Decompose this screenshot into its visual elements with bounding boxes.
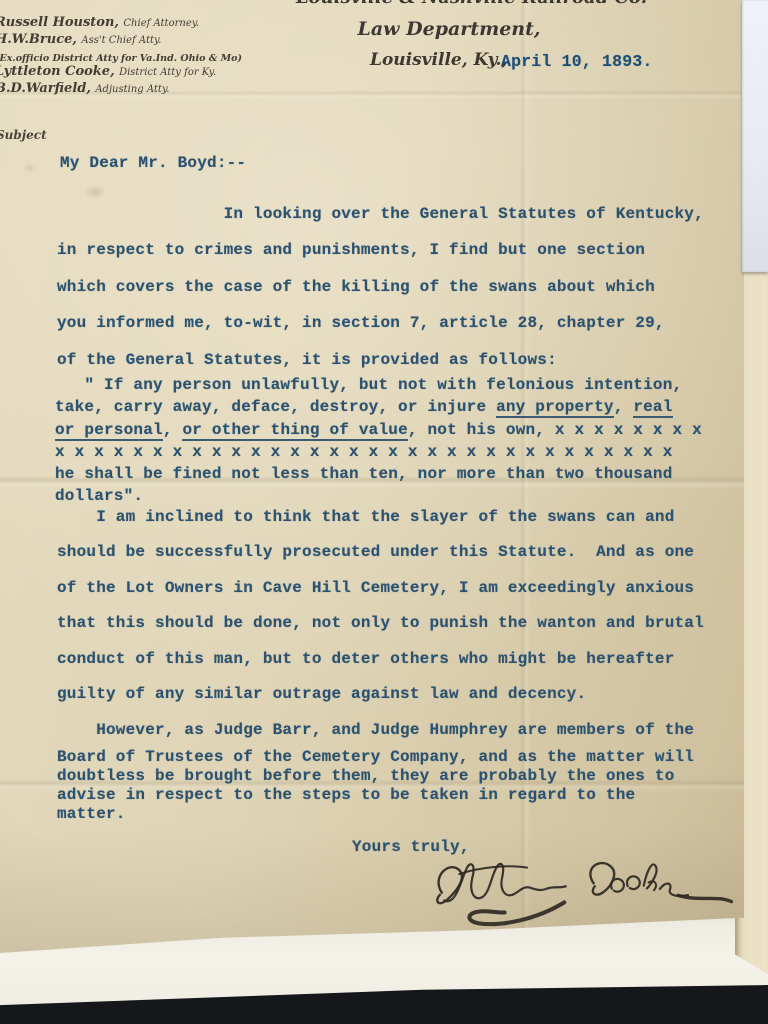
- archive-label-text: Cave Hill Cemetery. Papers, 1848-1963. 1…: [742, 0, 768, 135]
- attorney-title: District Atty for Ky.: [119, 67, 216, 78]
- attorney-name: H.W.Bruce,: [0, 32, 77, 47]
- company-city: Louisville, Ky.,: [370, 50, 480, 70]
- paragraph-4-first-line: However, as Judge Barr, and Judge Humphr…: [57, 712, 694, 748]
- photo-scene: Russell Houston, Chief Attorney. H.W.Bru…: [0, 0, 768, 1024]
- letterhead-attorney-1: Russell Houston, Chief Attorney.: [0, 13, 199, 31]
- letterhead-attorney-4: B.D.Warfield, Adjusting Atty.: [0, 79, 169, 97]
- paragraph-3: I am inclined to think that the slayer o…: [57, 500, 704, 712]
- company-name: Louisville & Nashville Railroad Co.: [296, 0, 616, 8]
- letterhead-attorney-2: H.W.Bruce, Ass't Chief Atty.: [0, 30, 161, 48]
- attorney-title: Ass't Chief Atty.: [81, 35, 161, 46]
- letterhead-attorney-3: Lyttleton Cooke, District Atty for Ky.: [0, 62, 216, 80]
- attorney-name: B.D.Warfield,: [0, 81, 91, 96]
- attorney-name: Lyttleton Cooke,: [0, 64, 115, 79]
- subject-label: Subject: [0, 128, 47, 142]
- attorney-name: Russell Houston,: [0, 15, 119, 30]
- letter-paper: Russell Houston, Chief Attorney. H.W.Bru…: [0, 0, 744, 961]
- archive-label: Cave Hill Cemetery. Papers, 1848-1963. 1…: [742, 0, 768, 272]
- paragraph-1: In looking over the General Statutes of …: [57, 196, 704, 378]
- statute-quote: " If any person unlawfully, but not with…: [55, 374, 702, 508]
- company-department: Law Department,: [299, 18, 599, 40]
- salutation: My Dear Mr. Boyd:--: [60, 154, 246, 172]
- attorney-title: Adjusting Atty.: [95, 84, 169, 95]
- attorney-title: Chief Attorney.: [123, 18, 199, 29]
- paragraph-4-rest: Board of Trustees of the Cemetery Compan…: [57, 748, 694, 824]
- typed-date: April 10, 1893.: [501, 52, 653, 71]
